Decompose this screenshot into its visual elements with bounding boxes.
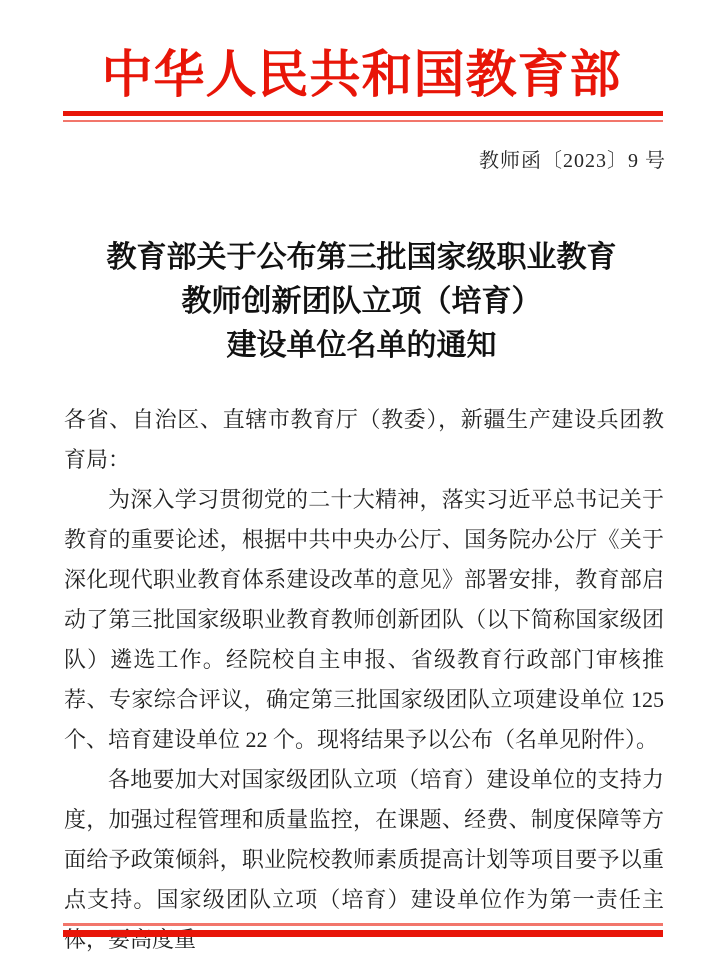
agency-title: 中华人民共和国教育部 xyxy=(0,33,723,107)
notice-title: 教育部关于公布第三批国家级职业教育 教师创新团队立项（培育） 建设单位名单的通知 xyxy=(0,236,723,368)
paragraph-1: 为深入学习贯彻党的二十大精神，落实习近平总书记关于教育的重要论述，根据中共中央办… xyxy=(64,480,664,760)
notice-title-line-1: 教育部关于公布第三批国家级职业教育 xyxy=(0,236,723,280)
document-page: 中华人民共和国教育部 教师函〔2023〕9 号 教育部关于公布第三批国家级职业教… xyxy=(0,0,723,955)
footer-rule-thick xyxy=(63,930,663,937)
salutation: 各省、自治区、直辖市教育厅（教委），新疆生产建设兵团教育局： xyxy=(64,400,664,480)
notice-body: 各省、自治区、直辖市教育厅（教委），新疆生产建设兵团教育局： 为深入学习贯彻党的… xyxy=(64,400,664,955)
footer-rule-thin xyxy=(63,923,663,926)
notice-title-line-3: 建设单位名单的通知 xyxy=(0,324,723,368)
notice-title-line-2: 教师创新团队立项（培育） xyxy=(0,280,723,324)
doc-number: 教师函〔2023〕9 号 xyxy=(479,144,666,173)
header-rule-thin xyxy=(63,120,663,122)
header-rule-thick xyxy=(63,111,663,116)
